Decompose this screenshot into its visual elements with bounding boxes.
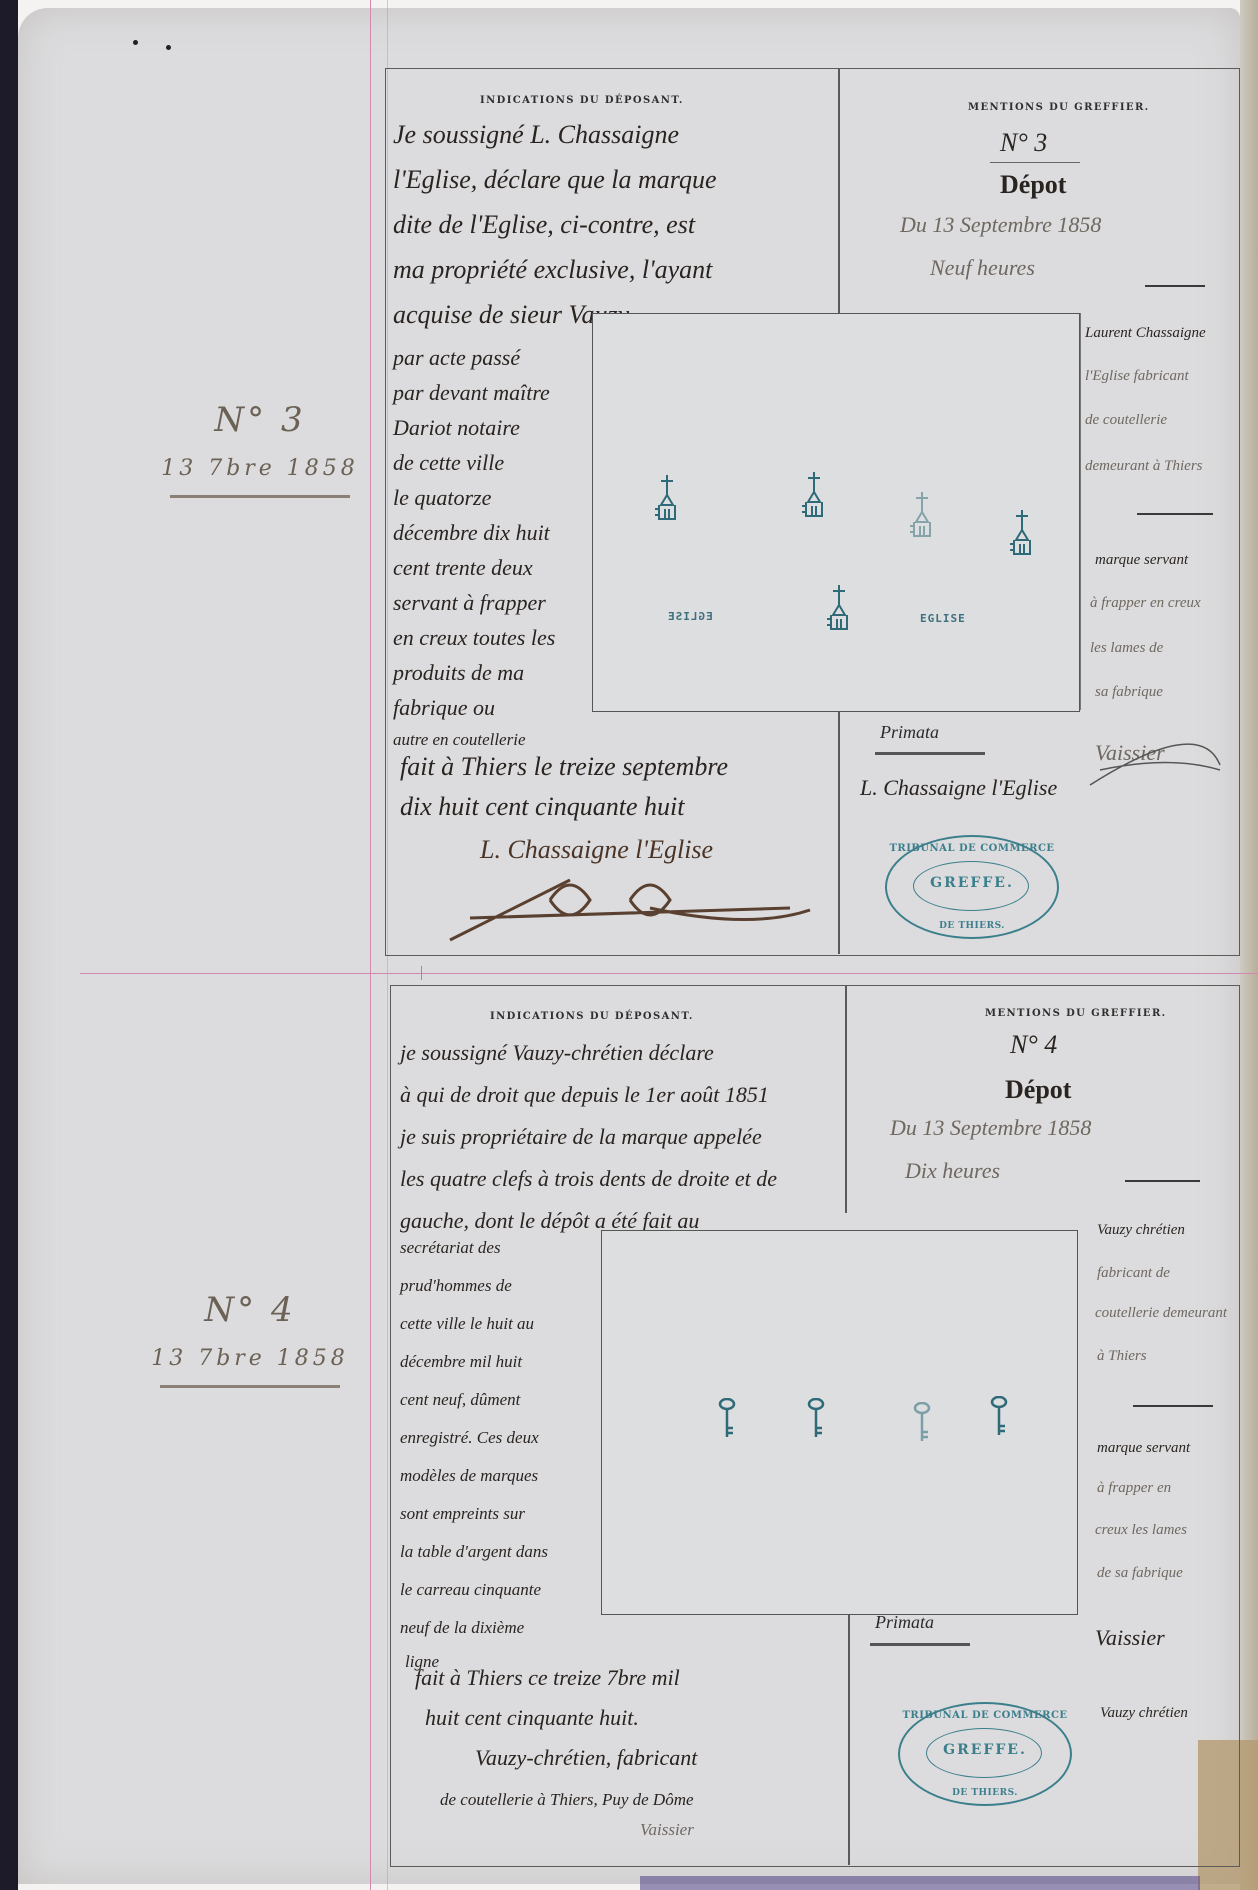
mark-line: marque servant [1095,552,1188,569]
mark-line: à frapper en [1097,1480,1171,1497]
seal-bottom-text: DE THIERS. [887,921,1057,931]
primata-underline [870,1643,970,1646]
primata-divider [838,720,840,954]
page-edge [1240,0,1258,1890]
registrar-flourish [1080,725,1230,795]
owner-line: fabricant de [1097,1265,1170,1282]
depot-label: Dépot [1000,170,1066,200]
depositor-line: enregistré. Ces deux [400,1428,539,1448]
depot-date: Du 13 Septembre 1858 [900,212,1101,238]
church-stamp-icon [827,585,851,631]
greffe-seal: TRIBUNAL DE COMMERCE GREFFE. DE THIERS. [885,835,1059,939]
number-underline [990,162,1080,163]
depositor-line: prud'hommes de [400,1276,512,1296]
margin-number: N° 3 [150,400,370,440]
margin-rule-horizontal [80,973,1258,974]
depot-hour: Neuf heures [930,255,1035,281]
depositor-line: décembre dix huit [393,520,550,546]
mark-line: les lames de [1090,640,1163,657]
depositor-line: cent neuf, dûment [400,1390,520,1410]
depositor-line: modèles de marques [400,1466,538,1486]
divider-line [1125,1180,1200,1182]
depot-date: Du 13 Septembre 1858 [890,1115,1091,1141]
greffe-seal: TRIBUNAL DE COMMERCE GREFFE. DE THIERS. [898,1702,1072,1806]
depositor-line: sont empreints sur [400,1504,525,1524]
seal-arc-text: TRIBUNAL DE COMMERCE [900,1710,1070,1721]
divider-line [1145,285,1205,287]
clerk-header: MENTIONS DU GREFFIER. [985,1008,1167,1019]
owner-line: Vauzy chrétien [1097,1222,1185,1239]
depositor-line: le carreau cinquante [400,1580,541,1600]
mark-label: EGLISE [920,612,966,625]
ink-dot [133,40,138,45]
owner-line: l'Eglise fabricant [1085,368,1189,385]
signature-flourish [430,860,850,950]
book-binding [0,0,18,1890]
page-bottom-edge [640,1876,1200,1890]
mark-label-mirrored: EGLISE [667,610,713,623]
key-stamp-icon [913,1402,931,1442]
depositor-line: Vauzy-chrétien, fabricant [475,1745,697,1771]
margin-date: 13 7bre 1858 [150,456,370,481]
key-stamp-icon [807,1398,825,1438]
clerk-header: MENTIONS DU GREFFIER. [968,102,1150,113]
depositor-line: produits de ma [393,660,524,686]
margin-number: N° 4 [140,1290,360,1330]
depositor-line: ma propriété exclusive, l'ayant [393,255,712,285]
mark-line: sa fabrique [1095,684,1163,701]
depositor-line: cette ville le huit au [400,1314,534,1334]
ink-dot [166,45,171,50]
depositor-line: de coutellerie à Thiers, Puy de Dôme [440,1790,694,1810]
column-divider [845,985,847,1213]
depositor-line: à qui de droit que depuis le 1er août 18… [400,1082,769,1108]
depositor-line: fait à Thiers ce treize 7bre mil [415,1665,680,1691]
mark-line: de sa fabrique [1097,1565,1183,1582]
depositor-line: les quatre clefs à trois dents de droite… [400,1166,777,1192]
church-stamp-icon [655,475,679,521]
margin-rule-vertical [370,0,371,1890]
depositor-line: Je soussigné L. Chassaigne [393,120,679,150]
owner-line: coutellerie demeurant [1095,1305,1227,1322]
primata-signature: L. Chassaigne l'Eglise [860,775,1057,801]
depositor-line: dix huit cent cinquante huit [400,792,685,822]
margin-date: 13 7bre 1858 [140,1346,360,1371]
depositor-line: Dariot notaire [393,415,520,441]
depositor-signature: Vaissier [640,1820,694,1840]
church-stamp-icon [910,492,934,538]
clerk-entry-number: N° 3 [1000,128,1047,158]
owner-line: à Thiers [1097,1348,1147,1365]
depositor-line: par devant maître [393,380,550,406]
owner-line: de coutellerie [1085,412,1167,429]
depositor-line: l'Eglise, déclare que la marque [393,165,717,195]
mark-line: à frapper en creux [1090,595,1201,612]
clerk-subdivider [1080,313,1081,710]
primata-divider [848,1615,850,1865]
margin-underline [160,1385,340,1388]
divider-line [1133,1405,1213,1407]
margin-note-entry-3: N° 3 13 7bre 1858 [150,400,370,498]
depositor-line: neuf de la dixième [400,1618,524,1638]
depositor-line: de cette ville [393,450,504,476]
depositor-line: fabrique ou [393,695,495,721]
primata-label: Primata [880,722,939,743]
depositor-line: secrétariat des [400,1238,501,1258]
depositor-line: je suis propriétaire de la marque appelé… [400,1124,762,1150]
mark-line: marque servant [1097,1440,1190,1457]
seal-arc-text: TRIBUNAL DE COMMERCE [887,843,1057,854]
depositor-line: cent trente deux [393,555,533,581]
owner-line: Laurent Chassaigne [1085,325,1206,342]
depositor-header: INDICATIONS DU DÉPOSANT. [480,95,684,106]
primata-label: Primata [875,1612,934,1633]
seal-center-text: GREFFE. [900,1742,1070,1758]
seal-bottom-text: DE THIERS. [900,1788,1070,1798]
owner-line: demeurant à Thiers [1085,458,1203,475]
key-stamp-icon [718,1398,736,1438]
margin-underline [170,495,350,498]
clerk-entry-number: N° 4 [1010,1030,1057,1060]
owner-signature: Vauzy chrétien [1100,1705,1188,1722]
margin-tick [421,966,422,980]
depositor-line: huit cent cinquante huit. [425,1705,639,1731]
registrar-signature: Vaissier [1095,1625,1165,1651]
mark-line: creux les lames [1095,1522,1187,1539]
depositor-line: je soussigné Vauzy-chrétien déclare [400,1040,714,1066]
depositor-line: la table d'argent dans [400,1542,548,1562]
key-stamp-icon [990,1396,1008,1436]
depot-label: Dépot [1005,1075,1071,1105]
depositor-line: dite de l'Eglise, ci-contre, est [393,210,695,240]
depositor-line: en creux toutes les [393,625,555,651]
divider-line [1137,513,1213,515]
seal-center-text: GREFFE. [887,875,1057,891]
depot-hour: Dix heures [905,1158,1000,1184]
primata-underline [875,752,985,755]
church-stamp-icon [1010,510,1034,556]
depositor-line: servant à frapper [393,590,546,616]
depositor-line: par acte passé [393,345,520,371]
depositor-line: décembre mil huit [400,1352,522,1372]
margin-note-entry-4: N° 4 13 7bre 1858 [140,1290,360,1388]
depositor-line: le quatorze [393,485,491,511]
depositor-header: INDICATIONS DU DÉPOSANT. [490,1011,694,1022]
depositor-line: fait à Thiers le treize septembre [400,752,728,782]
depositor-line: autre en coutellerie [393,730,526,750]
church-stamp-icon [802,472,826,518]
